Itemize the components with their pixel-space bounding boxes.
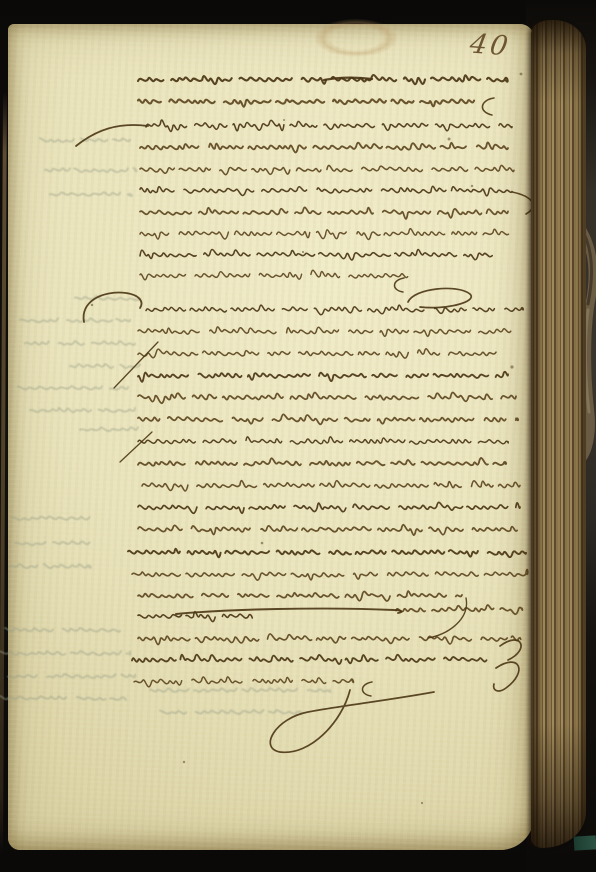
handwriting-line xyxy=(140,249,492,260)
bleedthrough-line xyxy=(5,628,120,632)
handwriting-line xyxy=(138,75,508,84)
book-fore-edge xyxy=(531,20,586,848)
handwriting-ink xyxy=(128,75,528,687)
paragraph-4 xyxy=(128,549,528,687)
handwriting-line xyxy=(138,502,520,513)
handwriting-line xyxy=(138,525,517,535)
paragraph-1-end-mark xyxy=(482,98,494,115)
bleedthrough-line xyxy=(0,651,130,655)
final-flourish xyxy=(270,690,434,752)
paragraph-3-oval-flourish xyxy=(408,288,471,307)
handwriting-line xyxy=(146,305,523,315)
bleedthrough-ink xyxy=(0,138,330,714)
handwriting-line xyxy=(138,349,496,358)
handwriting-line xyxy=(140,142,508,152)
speck xyxy=(302,251,304,253)
speck xyxy=(91,304,93,306)
bleedthrough-line xyxy=(75,296,140,300)
bleedthrough-line xyxy=(70,364,140,368)
bleedthrough-line xyxy=(160,710,301,714)
handwriting-line xyxy=(146,120,512,131)
speck xyxy=(421,802,423,804)
speck xyxy=(283,119,285,121)
bleedthrough-line xyxy=(12,516,90,519)
handwriting-line xyxy=(134,677,354,687)
handwriting-line xyxy=(138,393,516,404)
handwriting-line xyxy=(138,458,506,466)
handwriting-line xyxy=(140,207,508,218)
bleedthrough-line xyxy=(25,341,135,345)
handwriting-line xyxy=(138,414,518,424)
paper-specks xyxy=(91,73,523,805)
folio-number: 40 xyxy=(467,29,513,63)
paragraph-2-end-mark xyxy=(394,278,404,292)
underline-stroke xyxy=(176,609,401,614)
handwriting-flourishes xyxy=(76,78,533,753)
handwriting-line xyxy=(138,437,508,444)
bleedthrough-line xyxy=(50,192,132,196)
handwriting-line xyxy=(132,570,528,581)
speck xyxy=(510,365,513,368)
bleedthrough-line xyxy=(15,541,90,545)
handwriting-layer xyxy=(0,0,596,872)
handwriting-line xyxy=(128,549,526,558)
paragraph-4-end-mark xyxy=(362,682,372,696)
bleedthrough-line xyxy=(150,688,330,692)
bleedthrough-line xyxy=(10,564,91,568)
handwriting-line xyxy=(142,481,520,491)
handwriting-line xyxy=(140,186,512,196)
line27-bracket xyxy=(494,662,519,691)
handwriting-line xyxy=(396,605,522,614)
speck xyxy=(448,138,451,141)
paragraph-3-lead-arc xyxy=(84,293,142,322)
speck xyxy=(520,73,523,76)
manuscript-photo: 40 xyxy=(0,0,596,872)
bleedthrough-line xyxy=(30,408,135,412)
paragraph-1 xyxy=(138,75,508,107)
paragraph-2-lead-swash xyxy=(76,125,148,146)
bleedthrough-line xyxy=(20,318,130,322)
bleedthrough-line xyxy=(0,696,126,700)
handwriting-line xyxy=(140,270,408,280)
bleedthrough-line xyxy=(8,674,135,678)
handwriting-line xyxy=(138,372,508,382)
speck xyxy=(471,185,473,187)
handwriting-line xyxy=(138,327,511,336)
paragraph-2 xyxy=(140,120,514,280)
handwriting-line xyxy=(138,591,462,601)
bleedthrough-line xyxy=(45,168,136,172)
handwriting-line xyxy=(138,634,521,645)
handwriting-line xyxy=(132,655,487,664)
paragraph-3 xyxy=(138,305,523,535)
paragraph-2-line6-tail xyxy=(512,192,533,214)
speck xyxy=(183,761,185,763)
margin-slash-b xyxy=(120,432,152,462)
passiert-descender xyxy=(428,598,467,638)
handwriting-line xyxy=(138,99,474,107)
speck xyxy=(261,542,264,545)
handwriting-line xyxy=(140,229,509,240)
line26-end-loop xyxy=(500,640,521,660)
handwriting-line xyxy=(140,165,514,174)
bleedthrough-line xyxy=(18,386,128,389)
bleedthrough-line xyxy=(80,427,138,431)
